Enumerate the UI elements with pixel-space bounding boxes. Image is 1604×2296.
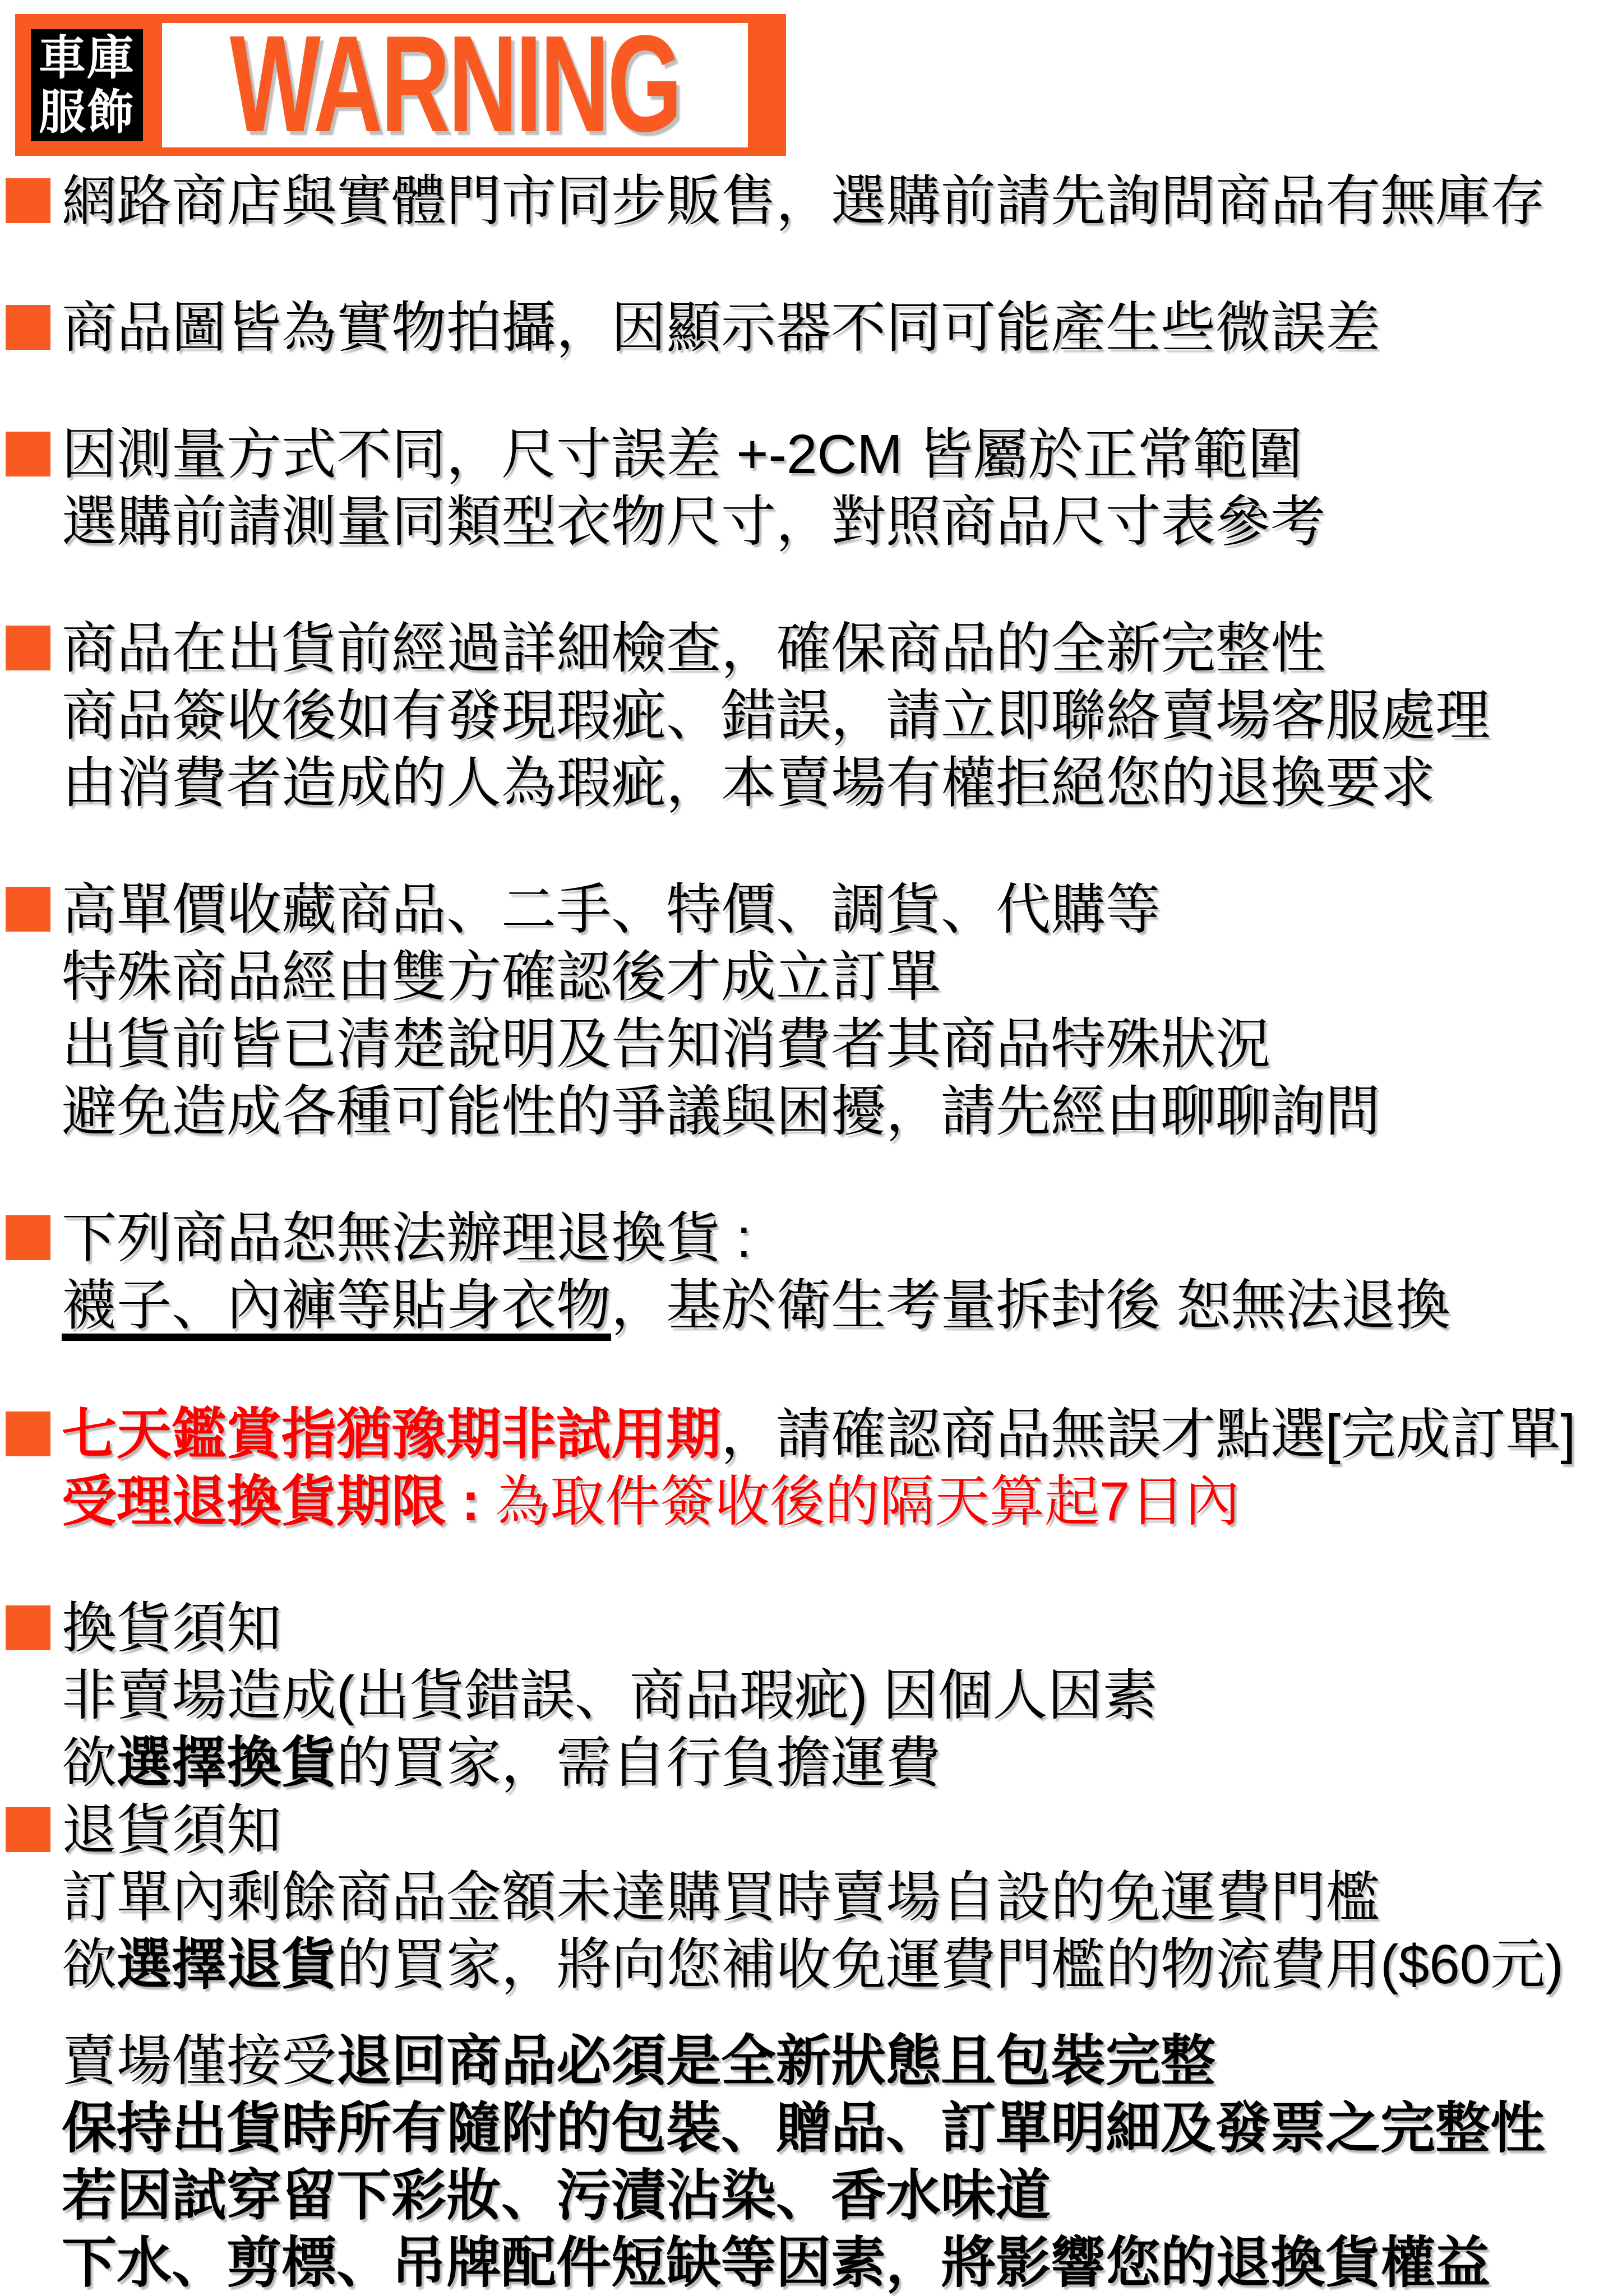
text-segment: 下列商品恕無法辦理退換貨 : [62, 1207, 751, 1269]
notice-line: 換貨須知 [62, 1594, 1604, 1661]
notice-line: 保持出貨時所有隨附的包裝、贈品、訂單明細及發票之完整性 [62, 2094, 1604, 2161]
notice-line: 商品簽收後如有發現瑕疵、錯誤，請立即聯絡賣場客服處理 [62, 682, 1604, 749]
notice-section: 因測量方式不同，尺寸誤差 +-2CM 皆屬於正常範圍選購前請測量同類型衣物尺寸，… [0, 420, 1604, 555]
text-segment: 保持出貨時所有隨附的包裝、贈品、訂單明細及發票之完整性 [62, 2097, 1545, 2159]
text-segment: ，請確認商品無誤才點選[完成訂單] [721, 1403, 1575, 1465]
bullet-square [6, 1411, 50, 1456]
notice-line: 襪子、內褲等貼身衣物，基於衛生考量拆封後 恕無法退換 [62, 1271, 1604, 1341]
text-segment: 出貨前皆已清楚說明及告知消費者其商品特殊狀況 [62, 1013, 1270, 1075]
text-segment: 退回商品必須是全新狀態且包裝完整 [336, 2030, 1215, 2091]
text-segment: 網路商店與實體門市同步販售，選購前請先詢問商品有無庫存 [62, 170, 1545, 232]
bullet-square [6, 1807, 50, 1852]
notice-line: 因測量方式不同，尺寸誤差 +-2CM 皆屬於正常範圍 [62, 420, 1604, 488]
text-segment: 特殊商品經由雙方確認後才成立訂單 [62, 946, 941, 1007]
text-segment: 退貨須知 [62, 1799, 281, 1860]
notice-section: 退貨須知訂單內剩餘商品金額未達購買時賣場自設的免運費門檻欲選擇退貨的買家，將向您… [0, 1796, 1604, 1998]
notice-line: 選購前請測量同類型衣物尺寸，對照商品尺寸表參考 [62, 488, 1604, 555]
bullet-square [6, 178, 50, 223]
notice-section: 賣場僅接受退回商品必須是全新狀態且包裝完整保持出貨時所有隨附的包裝、贈品、訂單明… [0, 2027, 1604, 2296]
text-segment: 選擇換貨 [117, 1732, 336, 1793]
text-segment: 受理退換貨期限 : [62, 1470, 495, 1532]
notice-line: 高單價收藏商品、二手、特價、調貨、代購等 [62, 876, 1604, 943]
notice-line: 由消費者造成的人為瑕疵，本賣場有權拒絕您的退換要求 [62, 749, 1604, 816]
notice-line: 避免造成各種可能性的爭議與困擾，請先經由聊聊詢問 [62, 1077, 1604, 1145]
notice-list: 網路商店與實體門市同步販售，選購前請先詢問商品有無庫存商品圖皆為實物拍攝，因顯示… [0, 167, 1604, 2296]
notice-line: 非賣場造成(出貨錯誤、商品瑕疵) 因個人因素 [62, 1661, 1604, 1729]
notice-line: 欲選擇換貨的買家，需自行負擔運費 [62, 1729, 1604, 1796]
text-segment: 七天鑑賞指猶豫期非試用期 [62, 1403, 721, 1465]
notice-section: 高單價收藏商品、二手、特價、調貨、代購等特殊商品經由雙方確認後才成立訂單出貨前皆… [0, 876, 1604, 1145]
text-segment: 換貨須知 [62, 1597, 281, 1659]
warning-banner: WARNING [162, 23, 748, 147]
notice-line: 特殊商品經由雙方確認後才成立訂單 [62, 943, 1604, 1010]
text-segment: 為取件簽收後的隔天算起7日內 [495, 1470, 1240, 1532]
text-segment: 欲 [62, 1732, 117, 1793]
text-segment: 賣場僅接受 [62, 2030, 336, 2091]
bullet-square [6, 1605, 50, 1650]
notice-line: 賣場僅接受退回商品必須是全新狀態且包裝完整 [62, 2027, 1604, 2094]
text-segment: 選購前請測量同類型衣物尺寸，對照商品尺寸表參考 [62, 490, 1325, 552]
text-segment: 欲 [62, 1933, 117, 1995]
brand-name-line1: 車庫 [39, 31, 135, 85]
text-segment: 商品簽收後如有發現瑕疵、錯誤，請立即聯絡賣場客服處理 [62, 684, 1490, 746]
notice-line: 網路商店與實體門市同步販售，選購前請先詢問商品有無庫存 [62, 167, 1604, 234]
notice-line: 下水、剪標、吊牌配件短缺等因素，將影響您的退換貨權益 [62, 2229, 1604, 2296]
notice-section: 網路商店與實體門市同步販售，選購前請先詢問商品有無庫存 [0, 167, 1604, 234]
notice-page: 車庫 服飾 WARNING 網路商店與實體門市同步販售，選購前請先詢問商品有無庫… [0, 14, 1604, 2296]
brand-name-line2: 服飾 [39, 85, 135, 140]
text-segment: 若因試穿留下彩妝、污漬沾染、香水味道 [62, 2164, 1051, 2226]
notice-line: 商品圖皆為實物拍攝，因顯示器不同可能產生些微誤差 [62, 294, 1604, 361]
notice-section: 七天鑑賞指猶豫期非試用期，請確認商品無誤才點選[完成訂單]受理退換貨期限 : 為… [0, 1400, 1604, 1535]
text-segment: 襪子、內褲等貼身衣物 [62, 1277, 611, 1341]
text-segment: 高單價收藏商品、二手、特價、調貨、代購等 [62, 878, 1161, 940]
notice-line: 欲選擇退貨的買家，將向您補收免運費門檻的物流費用($60元) [62, 1931, 1604, 1998]
warning-header: 車庫 服飾 WARNING [15, 14, 786, 156]
text-segment: 非賣場造成(出貨錯誤、商品瑕疵) 因個人因素 [62, 1664, 1158, 1726]
text-segment: 商品圖皆為實物拍攝，因顯示器不同可能產生些微誤差 [62, 297, 1380, 358]
text-segment: 的買家，將向您補收免運費門檻的物流費用($60元) [336, 1933, 1564, 1995]
bullet-square [6, 432, 50, 476]
text-segment: 訂單內剩餘商品金額未達購買時賣場自設的免運費門檻 [62, 1866, 1380, 1928]
notice-line: 若因試穿留下彩妝、污漬沾染、香水味道 [62, 2161, 1604, 2229]
text-segment: 選擇退貨 [117, 1933, 336, 1995]
notice-line: 出貨前皆已清楚說明及告知消費者其商品特殊狀況 [62, 1010, 1604, 1077]
bullet-square [6, 1215, 50, 1260]
notice-line: 七天鑑賞指猶豫期非試用期，請確認商品無誤才點選[完成訂單] [62, 1400, 1604, 1468]
text-segment: 下水、剪標、吊牌配件短缺等因素，將影響您的退換貨權益 [62, 2232, 1490, 2293]
bullet-square [6, 626, 50, 670]
text-segment: 由消費者造成的人為瑕疵，本賣場有權拒絕您的退換要求 [62, 752, 1435, 813]
notice-line: 下列商品恕無法辦理退換貨 : [62, 1204, 1604, 1271]
notice-section: 換貨須知非賣場造成(出貨錯誤、商品瑕疵) 因個人因素欲選擇換貨的買家，需自行負擔… [0, 1594, 1604, 1796]
notice-section: 商品圖皆為實物拍攝，因顯示器不同可能產生些微誤差 [0, 294, 1604, 361]
notice-line: 訂單內剩餘商品金額未達購買時賣場自設的免運費門檻 [62, 1863, 1604, 1931]
notice-line: 商品在出貨前經過詳細檢查，確保商品的全新完整性 [62, 614, 1604, 682]
bullet-square [6, 305, 50, 350]
text-segment: 避免造成各種可能性的爭議與困擾，請先經由聊聊詢問 [62, 1080, 1380, 1142]
text-segment: 因測量方式不同，尺寸誤差 +-2CM 皆屬於正常範圍 [62, 423, 1302, 485]
text-segment: 商品在出貨前經過詳細檢查，確保商品的全新完整性 [62, 617, 1325, 679]
text-segment: ，基於衛生考量拆封後 恕無法退換 [611, 1274, 1450, 1336]
notice-section: 下列商品恕無法辦理退換貨 :襪子、內褲等貼身衣物，基於衛生考量拆封後 恕無法退換 [0, 1204, 1604, 1341]
brand-logo: 車庫 服飾 [31, 29, 143, 141]
text-segment: 的買家，需自行負擔運費 [336, 1732, 941, 1793]
bullet-square [6, 887, 50, 932]
notice-line: 退貨須知 [62, 1796, 1604, 1863]
notice-section: 商品在出貨前經過詳細檢查，確保商品的全新完整性商品簽收後如有發現瑕疵、錯誤，請立… [0, 614, 1604, 816]
notice-line: 受理退換貨期限 : 為取件簽收後的隔天算起7日內 [62, 1468, 1604, 1535]
warning-title: WARNING [230, 23, 680, 147]
